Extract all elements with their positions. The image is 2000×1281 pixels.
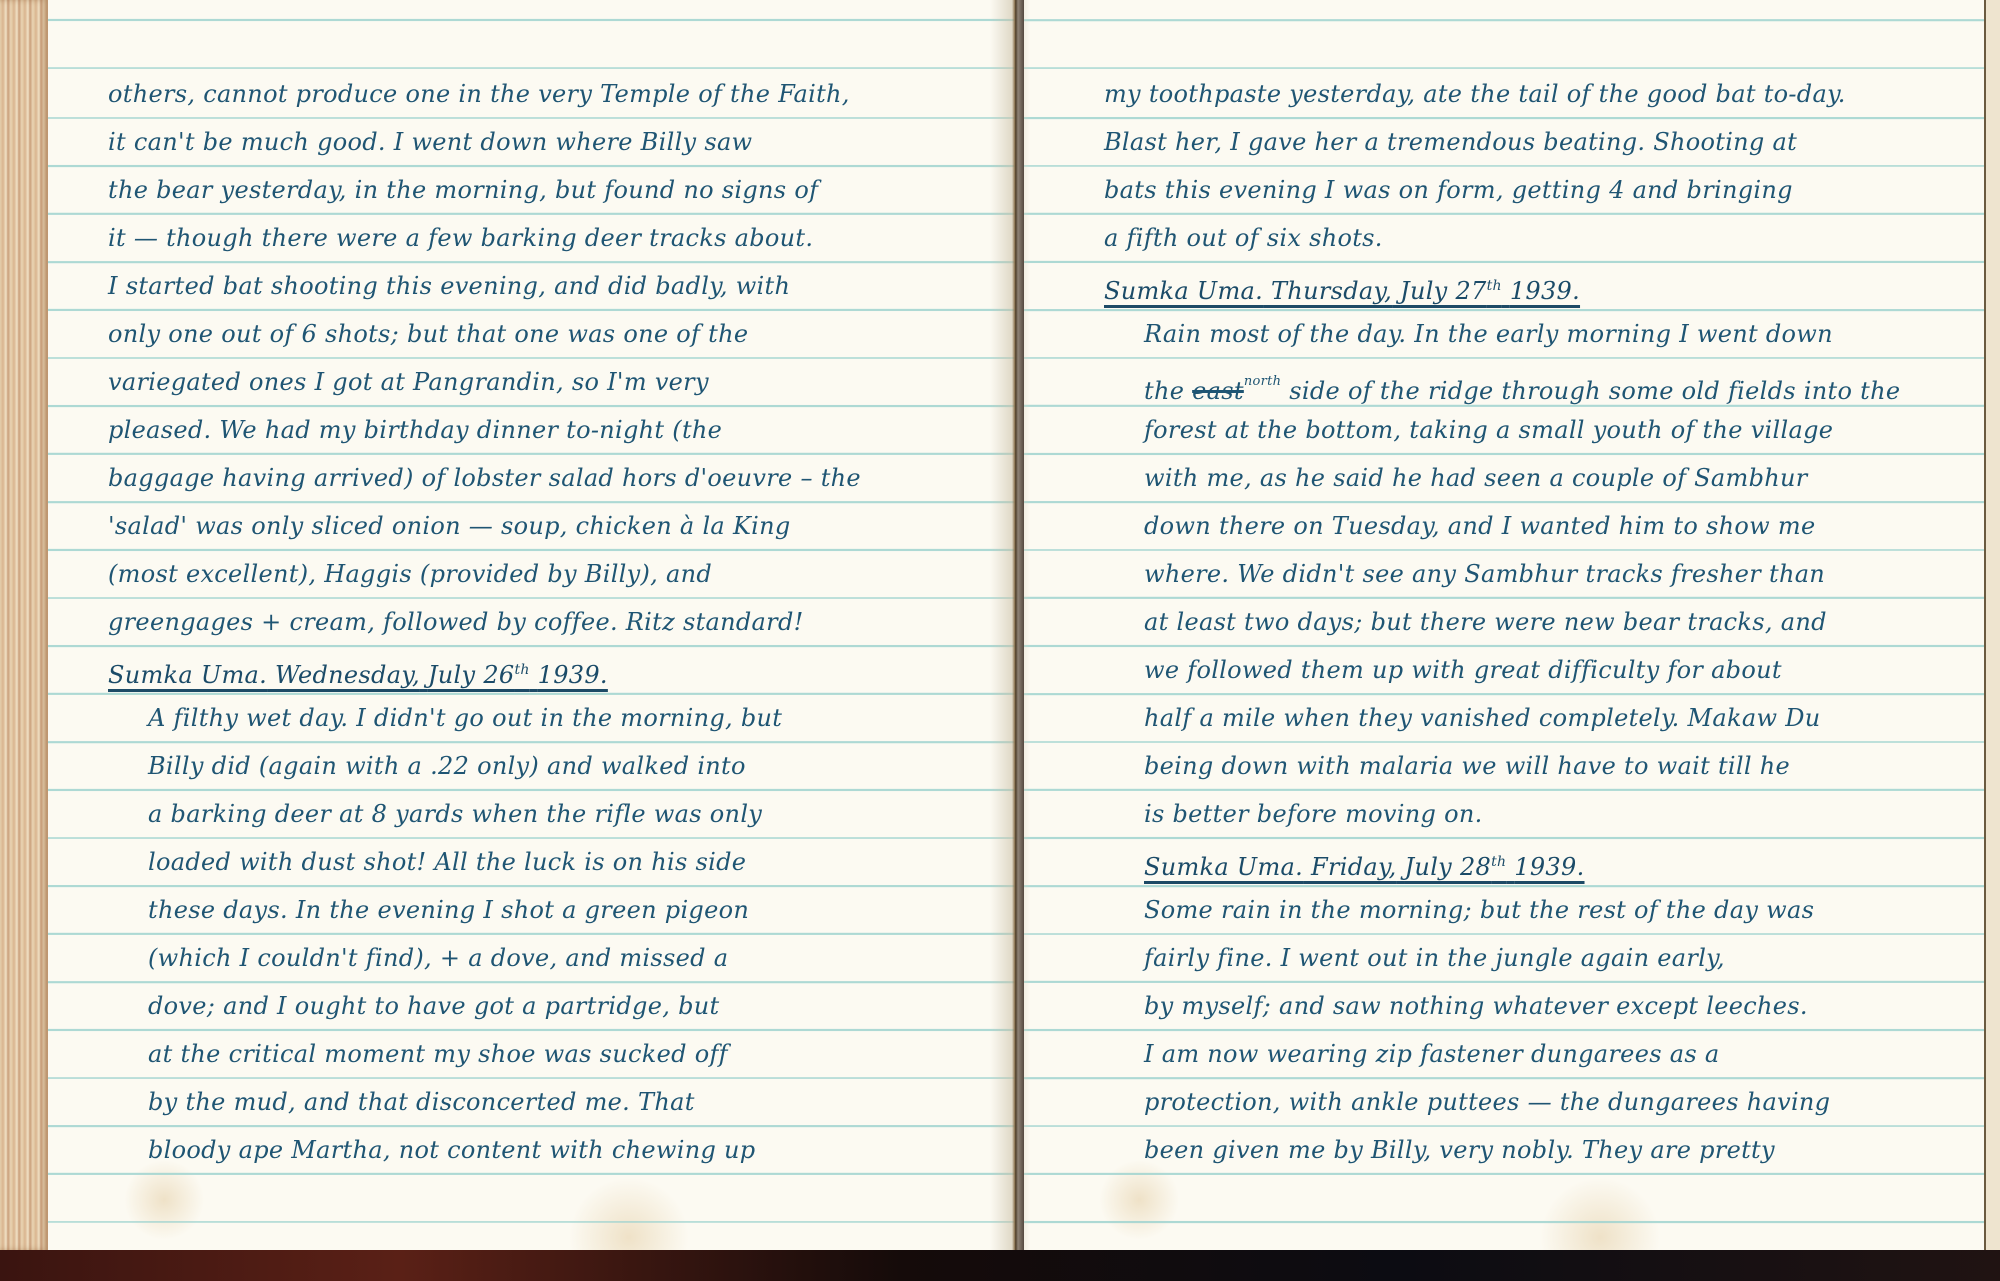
diary-line: pleased. We had my birthday dinner to-ni… bbox=[108, 406, 1008, 454]
entry-date: July 27 bbox=[1400, 277, 1487, 305]
diary-line: bloody ape Martha, not content with chew… bbox=[108, 1126, 1008, 1174]
entry-heading-july-27: Sumka Uma. Thursday, July 27th 1939. bbox=[1104, 262, 1984, 310]
entry-date: July 28 bbox=[1405, 853, 1492, 881]
diary-line: protection, with ankle puttees — the dun… bbox=[1104, 1078, 1984, 1126]
left-page-text: others, cannot produce one in the very T… bbox=[108, 70, 1008, 1174]
diary-line: half a mile when they vanished completel… bbox=[1104, 694, 1984, 742]
diary-line: a fifth out of six shots. bbox=[1104, 214, 1984, 262]
entry-year: 1939. bbox=[1514, 853, 1584, 881]
diary-line: variegated ones I got at Pangrandin, so … bbox=[108, 358, 1008, 406]
entry-date-ordinal: th bbox=[514, 662, 529, 678]
entry-date: July 26 bbox=[428, 661, 515, 689]
diary-line-with-correction: the eastnorth side of the ridge through … bbox=[1104, 358, 1984, 406]
diary-line: Some rain in the morning; but the rest o… bbox=[1104, 886, 1984, 934]
diary-line: greengages + cream, followed by coffee. … bbox=[108, 598, 1008, 646]
diary-line: where. We didn't see any Sambhur tracks … bbox=[1104, 550, 1984, 598]
diary-line: 'salad' was only sliced onion — soup, ch… bbox=[108, 502, 1008, 550]
entry-place: Sumka Uma. bbox=[1104, 277, 1263, 305]
diary-line: forest at the bottom, taking a small you… bbox=[1104, 406, 1984, 454]
diary-line: been given me by Billy, very nobly. They… bbox=[1104, 1126, 1984, 1174]
diary-line: baggage having arrived) of lobster salad… bbox=[108, 454, 1008, 502]
entry-day: Wednesday, bbox=[275, 661, 420, 689]
diary-line: the bear yesterday, in the morning, but … bbox=[108, 166, 1008, 214]
inserted-word: north bbox=[1244, 374, 1282, 389]
right-page-edge bbox=[1986, 0, 2000, 1250]
entry-place: Sumka Uma. bbox=[108, 661, 267, 689]
diary-line: only one out of 6 shots; but that one wa… bbox=[108, 310, 1008, 358]
diary-line: Billy did (again with a .22 only) and wa… bbox=[108, 742, 1008, 790]
entry-heading-july-26: Sumka Uma. Wednesday, July 26th 1939. bbox=[108, 646, 1008, 694]
entry-heading-july-28: Sumka Uma. Friday, July 28th 1939. bbox=[1104, 838, 1984, 886]
entry-year: 1939. bbox=[538, 661, 608, 689]
diary-line: it — though there were a few barking dee… bbox=[108, 214, 1008, 262]
diary-line: others, cannot produce one in the very T… bbox=[108, 70, 1008, 118]
diary-line: it can't be much good. I went down where… bbox=[108, 118, 1008, 166]
background-table-surface bbox=[0, 1250, 2000, 1281]
entry-date-ordinal: th bbox=[1487, 278, 1502, 294]
diary-line: fairly fine. I went out in the jungle ag… bbox=[1104, 934, 1984, 982]
diary-line: a barking deer at 8 yards when the rifle… bbox=[108, 790, 1008, 838]
entry-year: 1939. bbox=[1510, 277, 1580, 305]
entry-date-ordinal: th bbox=[1491, 854, 1506, 870]
diary-line: (which I couldn't find), + a dove, and m… bbox=[108, 934, 1008, 982]
diary-line: down there on Tuesday, and I wanted him … bbox=[1104, 502, 1984, 550]
struck-word: east bbox=[1192, 377, 1244, 405]
diary-line: my toothpaste yesterday, ate the tail of… bbox=[1104, 70, 1984, 118]
diary-line: by myself; and saw nothing whatever exce… bbox=[1104, 982, 1984, 1030]
diary-line: is better before moving on. bbox=[1104, 790, 1984, 838]
right-page: my toothpaste yesterday, ate the tail of… bbox=[1024, 0, 1986, 1253]
diary-line: Blast her, I gave her a tremendous beati… bbox=[1104, 118, 1984, 166]
book-gutter bbox=[990, 0, 1030, 1250]
left-page: others, cannot produce one in the very T… bbox=[48, 0, 1016, 1253]
diary-line: with me, as he said he had seen a couple… bbox=[1104, 454, 1984, 502]
line-rest: side of the ridge through some old field… bbox=[1281, 377, 1900, 405]
word: the bbox=[1144, 377, 1192, 405]
diary-line: I started bat shooting this evening, and… bbox=[108, 262, 1008, 310]
diary-line: bats this evening I was on form, getting… bbox=[1104, 166, 1984, 214]
diary-line: (most excellent), Haggis (provided by Bi… bbox=[108, 550, 1008, 598]
entry-day: Friday, bbox=[1311, 853, 1397, 881]
diary-line: dove; and I ought to have got a partridg… bbox=[108, 982, 1008, 1030]
entry-day: Thursday, bbox=[1271, 277, 1392, 305]
diary-line: at least two days; but there were new be… bbox=[1104, 598, 1984, 646]
book-page-edges bbox=[0, 0, 48, 1250]
right-page-text: my toothpaste yesterday, ate the tail of… bbox=[1104, 70, 1984, 1174]
diary-line: loaded with dust shot! All the luck is o… bbox=[108, 838, 1008, 886]
diary-line: at the critical moment my shoe was sucke… bbox=[108, 1030, 1008, 1078]
diary-line: being down with malaria we will have to … bbox=[1104, 742, 1984, 790]
diary-line: these days. In the evening I shot a gree… bbox=[108, 886, 1008, 934]
diary-line: we followed them up with great difficult… bbox=[1104, 646, 1984, 694]
diary-line: A filthy wet day. I didn't go out in the… bbox=[108, 694, 1008, 742]
diary-line: I am now wearing zip fastener dungarees … bbox=[1104, 1030, 1984, 1078]
entry-place: Sumka Uma. bbox=[1144, 853, 1303, 881]
diary-line: Rain most of the day. In the early morni… bbox=[1104, 310, 1984, 358]
diary-line: by the mud, and that disconcerted me. Th… bbox=[108, 1078, 1008, 1126]
